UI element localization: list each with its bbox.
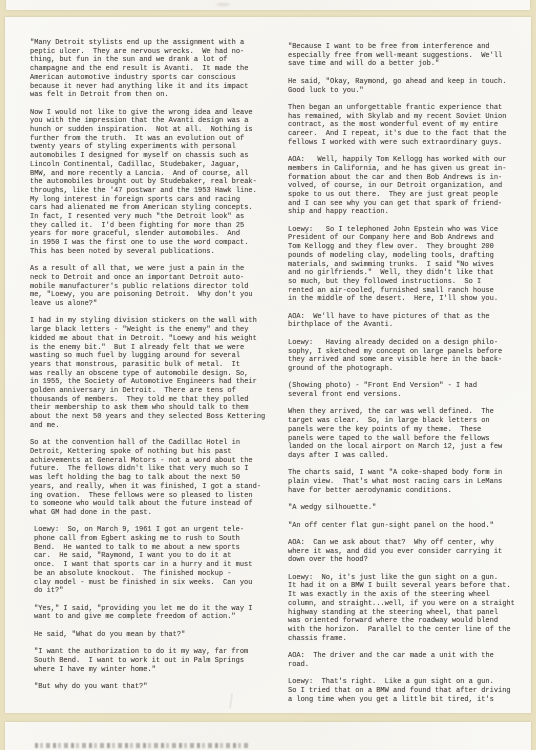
paragraph: "An off center flat gun-sight panel on t… xyxy=(288,522,530,531)
text-column-right: "Because I want to be free from interfer… xyxy=(288,43,530,713)
paragraph-aoa: AOA: Can we ask about that? Why off cent… xyxy=(288,539,530,565)
paragraph: "Because I want to be free from interfer… xyxy=(288,43,530,69)
paragraph: "But why do you want that?" xyxy=(30,683,272,692)
paragraph-loewy: Loewy: That's right. Like a gun sight on… xyxy=(288,678,530,704)
paragraph-loewy: Loewy: Having already decided on a desig… xyxy=(288,339,530,374)
paragraph: Now I would not like to give the wrong i… xyxy=(30,109,272,257)
paragraph: "A wedgy silhouette." xyxy=(288,504,530,513)
paragraph-aoa: AOA: Well, happily Tom Kellogg has worke… xyxy=(288,156,530,217)
paragraph: "I want the authorization to do it my wa… xyxy=(30,648,272,674)
paper-smudge xyxy=(216,3,230,6)
paragraph: Then began an unforgettable frantic expe… xyxy=(288,104,530,148)
paragraph: I had in my styling division stickers on… xyxy=(30,317,272,430)
text-column-left: "Many Detroit stylists end up the assign… xyxy=(30,39,272,700)
truncated-text-line xyxy=(35,743,249,748)
paragraph-loewy: Loewy: No, it's just like the gun sight … xyxy=(288,574,530,644)
paragraph: "Yes," I said, "providing you let me do … xyxy=(30,605,272,622)
paragraph: (Showing photo) - "Front End Version" - … xyxy=(288,382,530,399)
page-sheet: "Many Detroit stylists end up the assign… xyxy=(5,17,531,713)
paragraph: He said, "Okay, Raymond, go ahead and ke… xyxy=(288,78,530,95)
paragraph-aoa: AOA: The driver and the car made a unit … xyxy=(288,652,530,669)
paragraph: So at the convention hall of the Cadilla… xyxy=(30,439,272,517)
paragraph: The charts said, I want "A coke-shaped b… xyxy=(288,469,530,495)
paragraph: "Many Detroit stylists end up the assign… xyxy=(30,39,272,100)
paragraph: When they arrived, the car was well defi… xyxy=(288,408,530,460)
paragraph-loewy: Loewy: So, on March 9, 1961 I got an urg… xyxy=(30,526,272,596)
previous-page-edge xyxy=(6,0,530,10)
next-page-edge xyxy=(5,722,531,750)
scanned-document: "Many Detroit stylists end up the assign… xyxy=(0,0,536,750)
paragraph: He said, "What do you mean by that?" xyxy=(30,631,272,640)
paragraph-aoa: AOA: We'll have to have pictures of that… xyxy=(288,313,530,330)
paragraph-loewy: Loewy: So I telephoned John Epstein who … xyxy=(288,226,530,304)
paragraph: As a result of all that, we were just a … xyxy=(30,265,272,309)
